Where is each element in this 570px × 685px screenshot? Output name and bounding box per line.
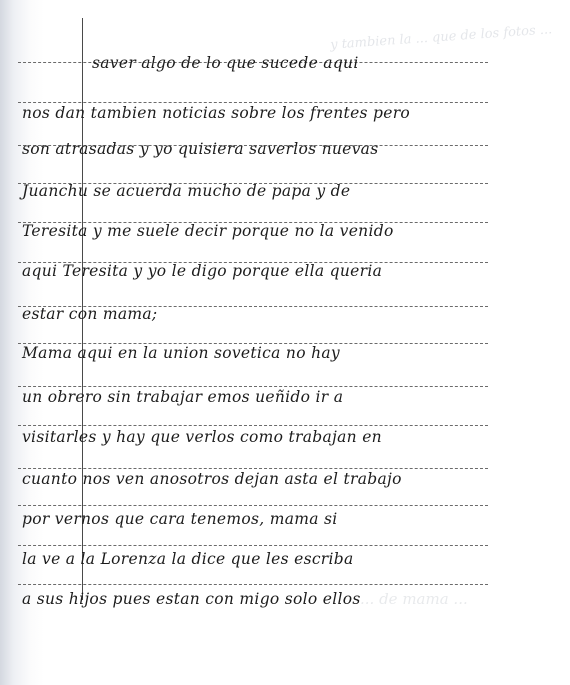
text-line-6: aqui Teresita y yo le digo porque ella q…	[22, 262, 382, 280]
ruled-line	[18, 386, 488, 387]
text-line-10: visitarles y hay que verlos como trabaja…	[22, 428, 382, 446]
text-line-1: saver algo de lo que sucede aqui	[92, 54, 359, 72]
ruled-line	[18, 102, 488, 103]
text-line-3: son atrasadas y yo quisiera saverlos nue…	[22, 140, 378, 158]
text-line-2: nos dan tambien noticias sobre los frent…	[22, 104, 410, 122]
text-line-5: Teresita y me suele decir porque no la v…	[22, 222, 394, 240]
text-line-9: un obrero sin trabajar emos ueñido ir a	[22, 388, 343, 406]
text-line-13: la ve a la Lorenza la dice que les escri…	[22, 550, 354, 568]
text-line-11: cuanto nos ven anosotros dejan asta el t…	[22, 470, 402, 488]
ruled-line	[18, 505, 488, 506]
bleed-through-text-bottom: ... de mama ...	[360, 590, 468, 608]
ruled-line	[18, 584, 488, 585]
handwritten-page: y tambien la ... que de los fotos ... ..…	[0, 0, 570, 685]
text-line-14: a sus hijos pues estan con migo solo ell…	[22, 590, 361, 608]
ruled-line	[18, 425, 488, 426]
text-line-8: Mama aqui en la union sovetica no hay	[22, 344, 340, 362]
text-line-12: por vernos que cara tenemos, mama si	[22, 510, 338, 528]
text-line-4: Juanchu se acuerda mucho de papa y de	[22, 182, 350, 200]
bleed-through-text-top: y tambien la ... que de los fotos ...	[330, 22, 553, 52]
ruled-line	[18, 468, 488, 469]
ruled-line	[18, 545, 488, 546]
text-line-7: estar con mama;	[22, 305, 157, 323]
